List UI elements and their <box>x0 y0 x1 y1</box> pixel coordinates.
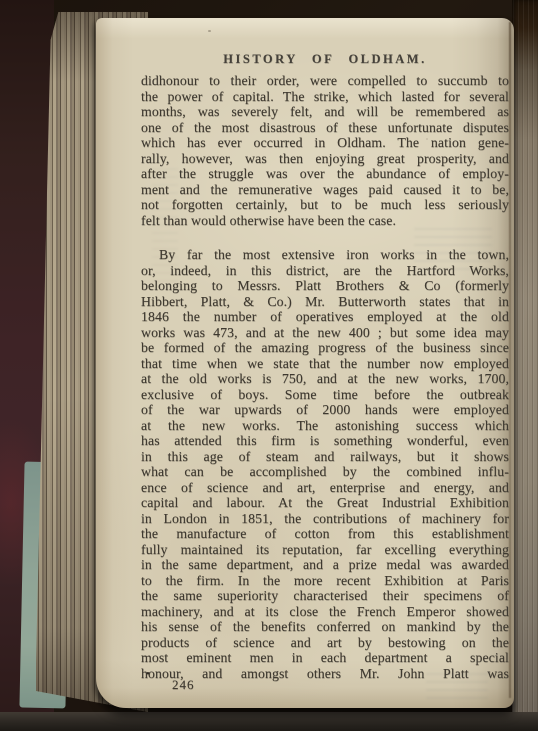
running-header: HISTORY OF OLDHAM. <box>140 52 510 67</box>
text-line: ence of science and art, enterprise and … <box>141 480 509 496</box>
paragraph-1: didhonour to their order, were compelled… <box>141 73 509 228</box>
text-block: didhonour to their order, were compelled… <box>141 73 509 681</box>
text-line: fully maintained its reputation, far exc… <box>141 542 509 558</box>
text-line: exclusive of boys. Some time before the … <box>141 387 509 403</box>
text-line: most eminent men in each department a sp… <box>141 650 509 666</box>
text-line: By far the most extensive iron works in … <box>141 247 509 263</box>
text-line: one of the most disastrous of these unfo… <box>141 120 509 136</box>
footnote-mark: • <box>146 668 150 680</box>
text-line: the manufacture of cotton from this esta… <box>141 526 509 542</box>
paper-speck <box>208 30 211 32</box>
text-line: ment and the remunerative wages paid cau… <box>141 182 509 198</box>
text-line: honour, and amongst others Mr. John Plat… <box>141 666 509 682</box>
text-line: machinery, and at its close the French E… <box>141 604 509 620</box>
text-line: Hibbert, Platt, & Co.) Mr. Butterworth s… <box>141 294 509 310</box>
book-photo: HISTORY OF OLDHAM. didhonour to their or… <box>0 0 538 731</box>
text-line: what can be accomplished by the combined… <box>141 464 509 480</box>
text-line: the power of capital. The strike, which … <box>141 89 509 105</box>
text-line: months, was severely felt, and will be r… <box>141 104 509 120</box>
gutter-pages-right <box>512 0 538 731</box>
text-line: 1846 the number of operatives employed a… <box>141 309 509 325</box>
text-line: at the old works is 750, and at the new … <box>141 371 509 387</box>
text-line: capital and labour. At the Great Industr… <box>141 495 509 511</box>
text-line: which has ever occurred in Oldham. The n… <box>141 135 509 151</box>
text-line: in the same department, and a prize meda… <box>141 557 509 573</box>
text-line: felt than would otherwise have been the … <box>141 213 509 229</box>
table-shadow-band <box>0 712 538 731</box>
text-line: of the war upwards of 2000 hands were em… <box>141 402 509 418</box>
gutter-crease <box>509 22 511 698</box>
book-page: HISTORY OF OLDHAM. didhonour to their or… <box>96 18 514 708</box>
text-line: didhonour to their order, were compelled… <box>141 73 509 89</box>
text-line: at the new works. The astonishing succes… <box>141 418 509 434</box>
text-line: the same superiority characterised their… <box>141 588 509 604</box>
page-number: 246 <box>172 677 195 693</box>
text-line: has attended this firm is something wond… <box>141 433 509 449</box>
text-line: in London in 1851, the contributions of … <box>141 511 509 527</box>
text-line: his sense of the benefits conferred on m… <box>141 619 509 635</box>
text-line: works was 473, and at the new 400 ; but … <box>141 325 509 341</box>
text-line: be formed of the amazing progress of the… <box>141 340 509 356</box>
text-line: in this age of steam and railways, but i… <box>141 449 509 465</box>
paragraph-2: By far the most extensive iron works in … <box>141 247 509 681</box>
text-line: after the struggle was over the abundanc… <box>141 166 509 182</box>
text-line: rally, however, was then enjoying great … <box>141 151 509 167</box>
text-line: not forgotten certainly, but to be much … <box>141 197 509 213</box>
text-line: belonging to Messrs. Platt Brothers & Co… <box>141 278 509 294</box>
text-line: or, indeed, in this district, are the Ha… <box>141 263 509 279</box>
text-line: that time when we state that the number … <box>141 356 509 372</box>
text-line: to the firm. In the more recent Exhibiti… <box>141 573 509 589</box>
text-line: products of science and art by bestowing… <box>141 635 509 651</box>
